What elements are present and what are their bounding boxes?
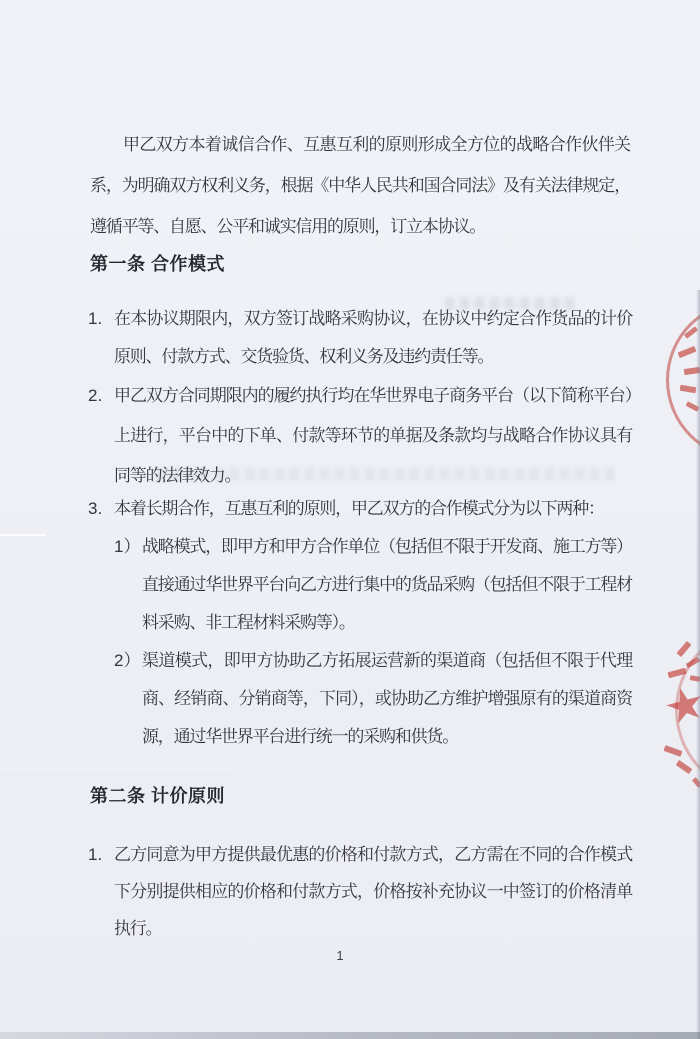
page-edge-shadow (696, 290, 700, 1039)
section-1-title: 第一条 合作模式 (90, 250, 225, 276)
ink-bleedthrough-smudge (445, 297, 575, 310)
list-item: 1. 乙方同意为甲方提供最优惠的价格和付款方式，乙方需在不同的合作模式下分别提供… (88, 836, 632, 947)
list-number: 1. (88, 300, 114, 376)
seal-character-fragment (664, 745, 683, 757)
sub-list-text: 渠道模式，即甲方协助乙方拓展运营新的渠道商（包括但不限于代理商、经销商、分销商等… (142, 642, 632, 756)
seal-character-fragment (676, 760, 693, 774)
sub-list-text: 战略模式，即甲方和甲方合作单位（包括但不限于开发商、施工方等）直接通过华世界平台… (142, 528, 632, 642)
section-2-title: 第二条 计价原则 (90, 782, 225, 808)
document-page: 甲乙双方本着诚信合作、互惠互利的原则形成全方位的战略合作伙伴关系，为明确双方权利… (0, 0, 700, 1039)
list-number: 1. (88, 836, 114, 947)
list-text: 本着长期合作，互惠互利的原则，甲乙双方的合作模式分为以下两种： (114, 490, 632, 528)
list-item: 1. 在本协议期限内，双方签订战略采购协议，在协议中约定合作货品的计价原则、付款… (88, 300, 632, 376)
list-text: 乙方同意为甲方提供最优惠的价格和付款方式，乙方需在不同的合作模式下分别提供相应的… (114, 836, 632, 947)
sub-list-number: 1） (114, 528, 142, 642)
scan-artifact-line (0, 534, 46, 536)
list-number: 2. (88, 376, 114, 496)
scan-artifact-line (0, 769, 235, 771)
page-number: 1 (90, 948, 590, 963)
list-item: 3. 本着长期合作，互惠互利的原则，甲乙双方的合作模式分为以下两种： (88, 490, 632, 528)
seal-character-fragment (677, 641, 692, 657)
sub-list-item: 1） 战略模式，即甲方和甲方合作单位（包括但不限于开发商、施工方等）直接通过华世… (114, 528, 632, 642)
list-number: 3. (88, 490, 114, 528)
sub-list-item: 2） 渠道模式，即甲方协助乙方拓展运营新的渠道商（包括但不限于代理商、经销商、分… (114, 642, 632, 756)
ink-bleedthrough-smudge (155, 468, 615, 481)
sub-list-number: 2） (114, 642, 142, 756)
page-edge-shadow (0, 1032, 700, 1039)
preamble-paragraph: 甲乙双方本着诚信合作、互惠互利的原则形成全方位的战略合作伙伴关系，为明确双方权利… (90, 124, 630, 247)
seal-star-icon: ★ (659, 677, 700, 732)
red-seal-stamp-icon (666, 300, 700, 460)
list-text: 在本协议期限内，双方签订战略采购协议，在协议中约定合作货品的计价原则、付款方式、… (114, 300, 632, 376)
